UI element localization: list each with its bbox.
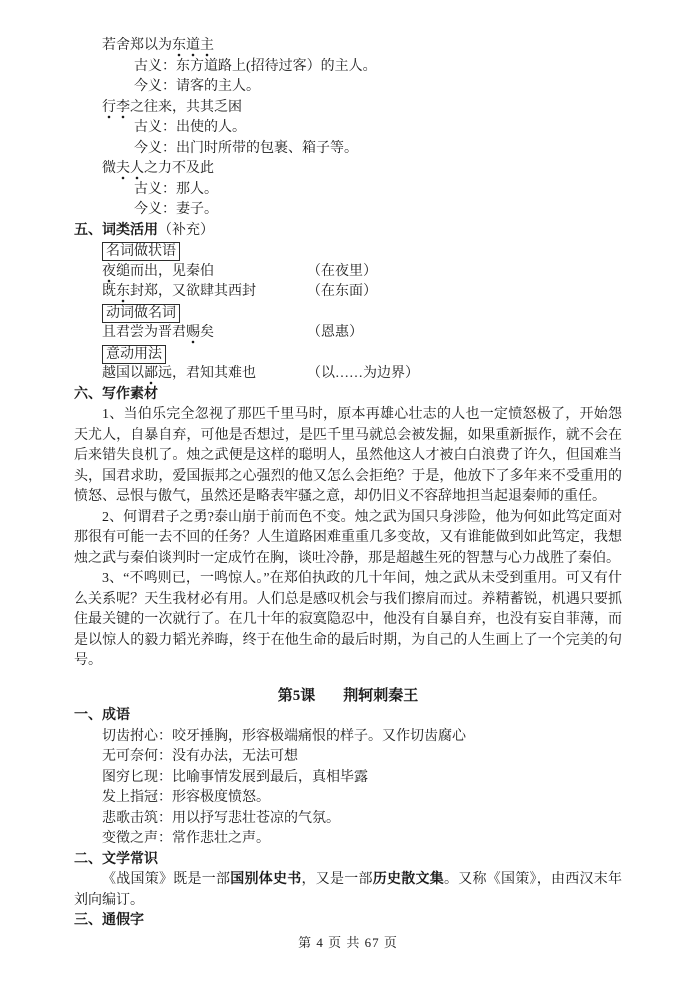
lesson-number: 第5课 — [278, 688, 316, 704]
ancient-meaning-line: 古义：出使的人。 — [134, 118, 622, 139]
ancient-meaning-line: 古义：东方道路上(招待过客）的主人。 — [134, 57, 622, 78]
essay-paragraph-3: 3、“不鸣则已，一鸣惊人。”在郑伯执政的几十年间，烛之武从未受到重用。可又有什么… — [74, 569, 622, 672]
example-post: 缒而出，见秦伯 — [116, 264, 214, 279]
example-row: 且君尝为晋君赐矣（恩惠） — [102, 323, 622, 344]
literary-bold-term: 国别体史书 — [230, 872, 301, 887]
usage-note: （恩惠） — [307, 323, 363, 344]
phrase-pre: 若舍郑以为 — [102, 38, 172, 53]
phrase-emphasized: 夫人 — [116, 161, 144, 180]
example-phrase: 既东封郑，又欲肆其西封 — [102, 282, 307, 303]
document-page: 若舍郑以为东道主 古义：东方道路上(招待过客）的主人。 今义：请客的主人。 行李… — [0, 0, 696, 983]
example-phrase: 越国以鄙远，君知其难也 — [102, 364, 307, 385]
essay-paragraph-1: 1、当伯乐完全忽视了那匹千里马时，原本再雄心壮志的人也一定愤怒极了，开始怨天尤人… — [74, 405, 622, 508]
section-heading-wordclass: 五、词类活用（补充） — [74, 221, 622, 242]
example-pre: 越国以 — [102, 366, 144, 381]
literary-text: ，又是一部 — [302, 872, 373, 887]
example-post: 矣 — [200, 325, 214, 340]
essay-paragraph-2: 2、何谓君子之勇?泰山崩于前而色不变。烛之武为国只身涉险，他为何如此笃定面对那很… — [74, 508, 622, 570]
wordclass-label: 意动用法 — [102, 345, 166, 364]
wordclass-label-line: 意动用法 — [102, 344, 622, 365]
section-heading-literary: 二、文学常识 — [74, 850, 622, 871]
ancient-phrase-line: 微夫人之力不及此 — [102, 159, 622, 180]
phrase-emphasized: 行李 — [102, 100, 130, 119]
example-row: 夜缒而出，见秦伯（在夜里） — [102, 262, 622, 283]
lesson-name: 荆轲刺秦王 — [343, 688, 418, 704]
literary-text: 《战国策》既是一部 — [102, 872, 230, 887]
wordclass-label-line: 动词做名词 — [102, 303, 622, 324]
section-heading-idioms: 一、成语 — [74, 706, 622, 727]
idiom-line: 变徵之声：常作悲壮之声。 — [102, 829, 622, 850]
lesson-heading: 第5课荆轲刺秦王 — [74, 686, 622, 707]
modern-meaning-line: 今义：出门时所带的包裹、箱子等。 — [134, 139, 622, 160]
wordclass-label: 名词做状语 — [102, 242, 180, 261]
idiom-line: 无可奈何：没有办法，无法可想 — [102, 747, 622, 768]
example-post: 远，君知其难也 — [158, 366, 256, 381]
usage-note: （以……为边界） — [307, 364, 419, 385]
example-row: 越国以鄙远，君知其难也（以……为边界） — [102, 364, 622, 385]
modern-meaning-line: 今义：妻子。 — [134, 200, 622, 221]
example-emphasized: 鄙 — [144, 366, 158, 385]
usage-note: （在夜里） — [307, 262, 377, 283]
ancient-meaning-line: 古义：那人。 — [134, 180, 622, 201]
example-row: 既东封郑，又欲肆其西封（在东面） — [102, 282, 622, 303]
example-phrase: 夜缒而出，见秦伯 — [102, 262, 307, 283]
idiom-line: 发上指冠：形容极度愤怒。 — [102, 788, 622, 809]
section-heading-tongjia: 三、通假字 — [74, 911, 622, 932]
example-phrase: 且君尝为晋君赐矣 — [102, 323, 307, 344]
phrase-post: 之往来，共其乏困 — [130, 100, 242, 115]
wordclass-label: 动词做名词 — [102, 304, 180, 323]
idiom-line: 切齿拊心：咬牙捶胸，形容极端痛恨的样子。又作切齿腐心 — [102, 727, 622, 748]
example-emphasized: 东 — [116, 284, 130, 303]
wordclass-label-line: 名词做状语 — [102, 241, 622, 262]
example-emphasized: 夜 — [102, 264, 116, 283]
phrase-post: 之力不及此 — [144, 161, 214, 176]
section-title-suffix: （补充） — [158, 223, 214, 238]
section-heading-writing: 六、写作素材 — [74, 385, 622, 406]
example-emphasized: 赐 — [186, 325, 200, 344]
ancient-phrase-line: 若舍郑以为东道主 — [102, 36, 622, 57]
ancient-phrase-line: 行李之往来，共其乏困 — [102, 98, 622, 119]
literary-bold-term: 历史散文集 — [373, 872, 444, 887]
example-pre: 既 — [102, 284, 116, 299]
page-footer: 第 4 页 共 67 页 — [0, 932, 696, 951]
modern-meaning-line: 今义：请客的主人。 — [134, 77, 622, 98]
example-post: 封郑，又欲肆其西封 — [130, 284, 256, 299]
phrase-pre: 微 — [102, 161, 116, 176]
phrase-emphasized: 东道主 — [172, 38, 214, 57]
idiom-line: 悲歌击筑：用以抒写悲壮苍凉的气氛。 — [102, 809, 622, 830]
usage-note: （在东面） — [307, 282, 377, 303]
example-pre: 且君尝为晋君 — [102, 325, 186, 340]
idiom-line: 图穷匕现：比喻事情发展到最后，真相毕露 — [102, 768, 622, 789]
literary-paragraph: 《战国策》既是一部国别体史书，又是一部历史散文集。又称《国策》，由西汉末年刘向编… — [74, 870, 622, 911]
section-title: 五、词类活用 — [74, 223, 158, 238]
